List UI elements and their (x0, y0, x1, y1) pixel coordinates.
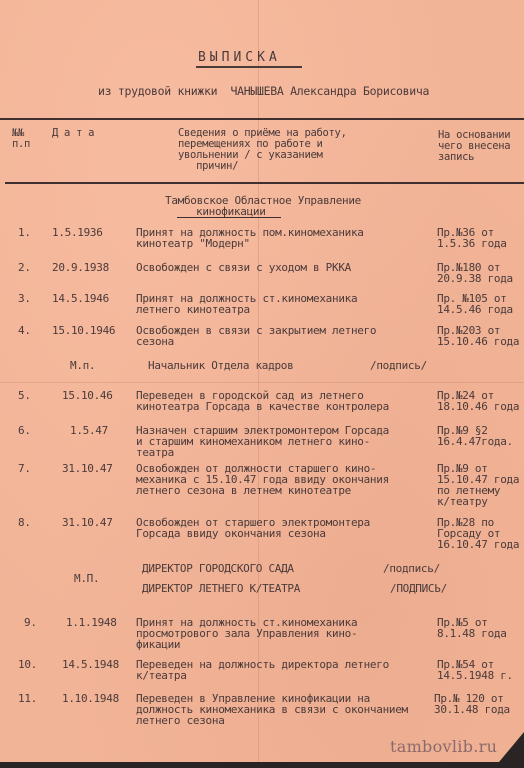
entry-number: 2. (18, 262, 31, 273)
entry-date: 15.10.1946 (52, 325, 115, 336)
header-col-number: №№ п.п (12, 128, 30, 150)
entry-description: Переведен на должность директора летнего… (136, 659, 389, 681)
scan-corner (494, 732, 524, 768)
signatory-title: Начальник Отдела кадров (148, 360, 293, 371)
header-col-basis: На основании чего внесена запись (438, 130, 510, 163)
entry-basis: Пр.№28 по Горсаду от 16.10.47 года (437, 517, 519, 550)
entry-description: Переведен в Управление кинофикации на до… (136, 693, 408, 726)
signatory-title: ДИРЕКТОР ЛЕТНЕГО К/ТЕАТРА (142, 583, 300, 594)
entry-number: 7. (18, 463, 31, 474)
organization-name-cont: кинофикации (196, 206, 266, 217)
stamp-place: М.П. (74, 573, 99, 584)
entry-description: Освобожден от старшего электромонтера Го… (136, 517, 370, 539)
entry-number: 5. (18, 390, 31, 401)
document-page: ВЫПИСКА из трудовой книжки ЧАНЫШЕВА Алек… (0, 0, 524, 768)
entry-basis: Пр.№203 от 15.10.46 года (437, 325, 519, 347)
entry-date: 1.1.1948 (66, 617, 117, 628)
entry-date: 1.5.1936 (52, 227, 103, 238)
entry-number: 1. (18, 227, 31, 238)
organization-underline (177, 217, 281, 218)
header-col-description: Сведения о приёме на работу, перемещения… (178, 128, 347, 172)
entry-basis: Пр.№9 §2 16.4.47года. (437, 425, 513, 447)
entry-description: Назначен старшим электромонтером Горсада… (136, 425, 389, 458)
entry-basis: Пр.№36 от 1.5.36 года (437, 227, 507, 249)
document-title: ВЫПИСКА (198, 52, 281, 63)
entry-date: 1.5.47 (70, 425, 108, 436)
entry-number: 10. (18, 659, 37, 670)
entry-date: 20.9.1938 (52, 262, 109, 273)
entry-number: 11. (18, 693, 37, 704)
header-bottom-rule (5, 182, 524, 184)
entry-basis: Пр.№54 от 14.5.1948 г. (437, 659, 513, 681)
entry-number: 3. (18, 293, 31, 304)
signature-mark: /подпись/ (370, 360, 427, 371)
entry-date: 1.10.1948 (62, 693, 119, 704)
signature-mark: /ПОДПИСЬ/ (390, 583, 447, 594)
entry-description: Освобожден в связи с закрытием летнего с… (136, 325, 376, 347)
signature-mark: /подпись/ (383, 563, 440, 574)
signatory-title: ДИРЕКТОР ГОРОДСКОГО САДА (142, 563, 294, 574)
entry-description: Принят на должность ст.киномеханика летн… (136, 293, 357, 315)
entry-date: 15.10.46 (62, 390, 113, 401)
entry-date: 14.5.1946 (52, 293, 109, 304)
stamp-place: М.п. (70, 360, 95, 371)
entry-description: Переведен в городской сад из летнего кин… (136, 390, 389, 412)
entry-number: 6. (18, 425, 31, 436)
scan-edge (0, 762, 524, 768)
fold-line-vertical (258, 0, 259, 768)
document-subtitle: из трудовой книжки ЧАНЫШЕВА Александра Б… (98, 86, 429, 97)
entry-basis: Пр. №105 от 14.5.46 года (437, 293, 513, 315)
entry-description: Принят на должность ст.киномеханика прос… (136, 617, 357, 650)
header-col-date: Д а т а (52, 128, 94, 139)
entry-description: Освобожден от должности старшего кино- м… (136, 463, 389, 496)
entry-date: 31.10.47 (62, 463, 113, 474)
watermark: tambovlib.ru (390, 737, 497, 756)
entry-number: 9. (24, 617, 37, 628)
entry-basis: Пр.№24 от 18.10.46 года (437, 390, 519, 412)
header-top-rule (0, 118, 524, 120)
entry-number: 8. (18, 517, 31, 528)
entry-basis: Пр.№ 120 от 30.1.48 года (434, 693, 510, 715)
entry-number: 4. (18, 325, 31, 336)
entry-basis: Пр.№5 от 8.1.48 года (437, 617, 507, 639)
entry-date: 14.5.1948 (62, 659, 119, 670)
entry-description: Освобожден с связи с уходом в РККА (136, 262, 351, 273)
entry-basis: Пр.№180 от 20.9.38 года (437, 262, 513, 284)
title-underline (196, 66, 302, 68)
entry-basis: Пр.№9 от 15.10.47 года по летнему к/теат… (437, 463, 519, 507)
fold-line-horizontal (0, 382, 524, 383)
entry-description: Принят на должность пом.киномеханика кин… (136, 227, 364, 249)
entry-date: 31.10.47 (62, 517, 113, 528)
